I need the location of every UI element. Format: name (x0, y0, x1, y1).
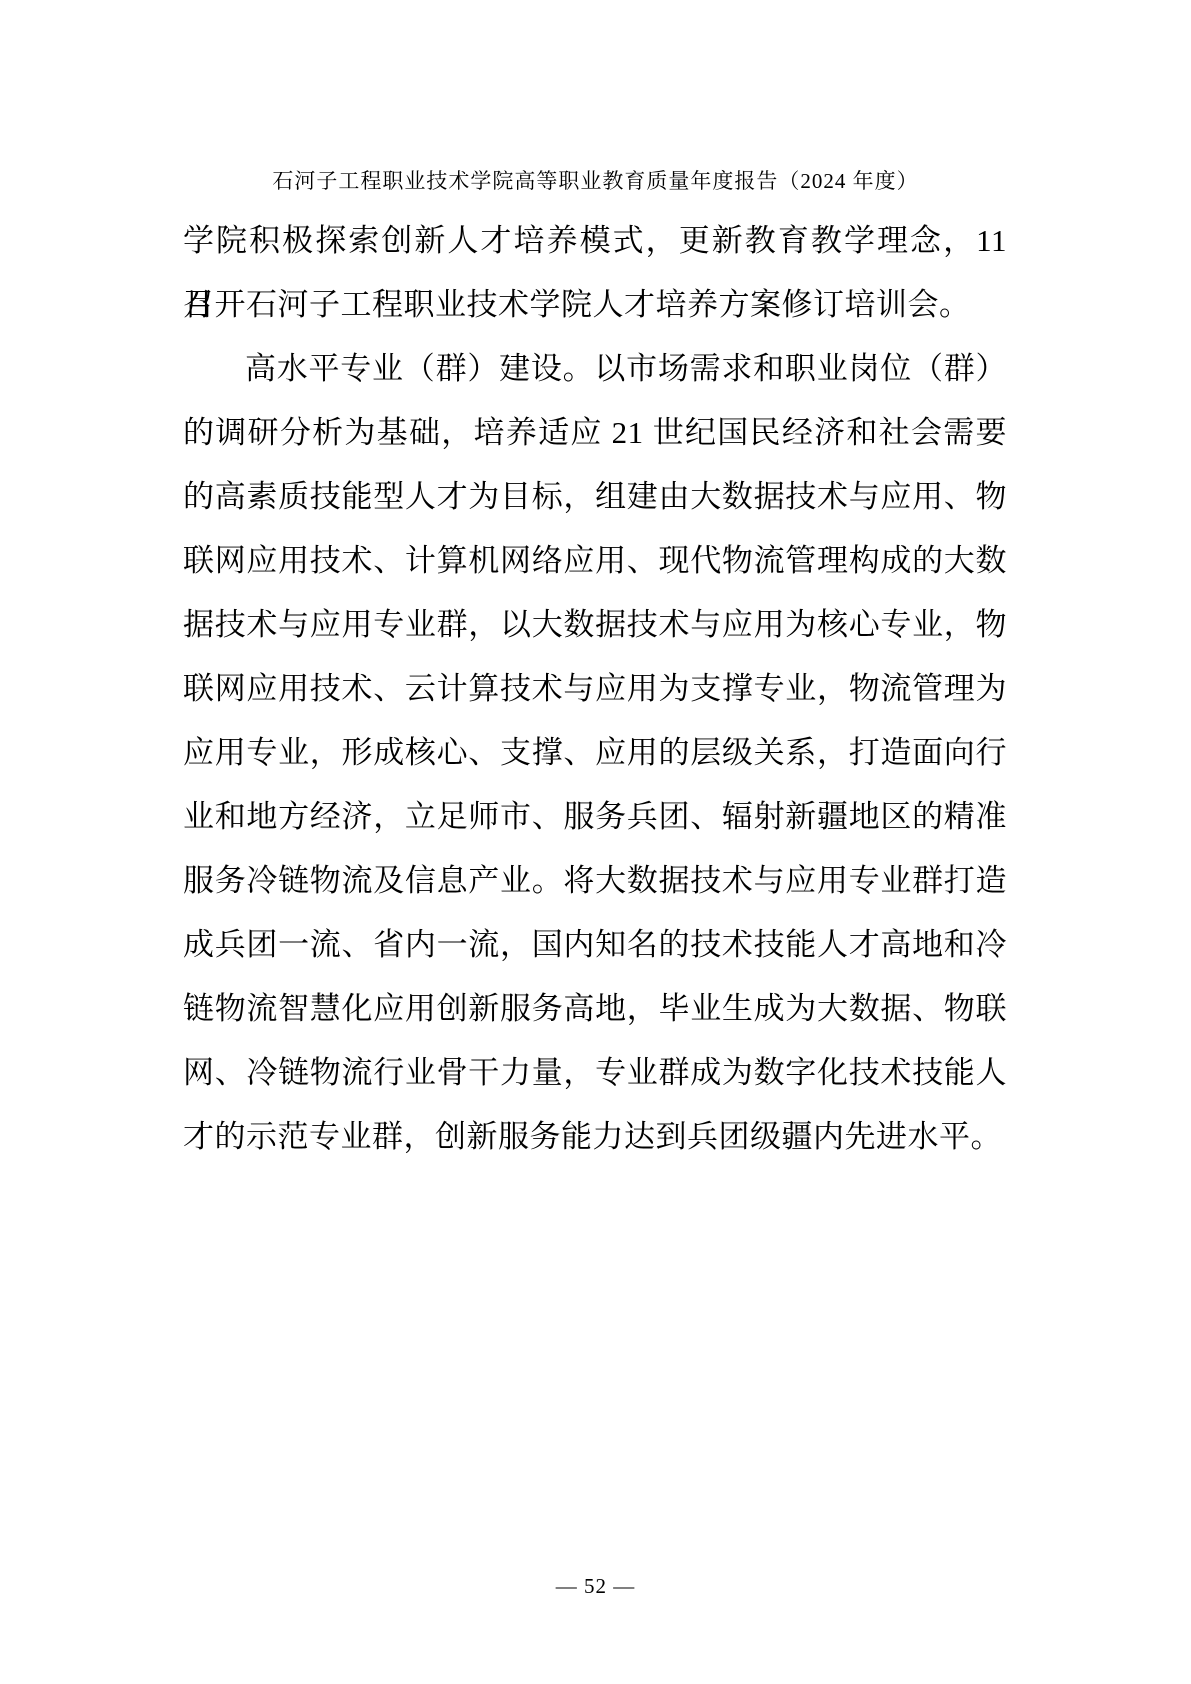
body-line: 联网应用技术、云计算技术与应用为支撑专业，物流管理为 (183, 657, 1007, 721)
body-line: 链物流智慧化应用创新服务高地，毕业生成为大数据、物联 (183, 977, 1007, 1041)
body-line: 据技术与应用专业群，以大数据技术与应用为核心专业，物 (183, 593, 1007, 657)
body-line: 成兵团一流、省内一流，国内知名的技术技能人才高地和冷 (183, 913, 1007, 977)
body-line: 学院积极探索创新人才培养模式，更新教育教学理念，11 月 (183, 209, 1007, 273)
body-line: 召开石河子工程职业技术学院人才培养方案修订培训会。 (183, 273, 1007, 337)
paragraph-1: 学院积极探索创新人才培养模式，更新教育教学理念，11 月 召开石河子工程职业技术… (183, 209, 1007, 337)
paragraph-2: 高水平专业（群）建设。以市场需求和职业岗位（群） 的调研分析为基础，培养适应 2… (183, 337, 1007, 1169)
page-number: — 52 — (0, 1574, 1191, 1599)
document-body: 学院积极探索创新人才培养模式，更新教育教学理念，11 月 召开石河子工程职业技术… (183, 209, 1007, 1169)
body-line: 的调研分析为基础，培养适应 21 世纪国民经济和社会需要 (183, 401, 1007, 465)
body-line: 的高素质技能型人才为目标，组建由大数据技术与应用、物 (183, 465, 1007, 529)
body-line: 应用专业，形成核心、支撑、应用的层级关系，打造面向行 (183, 721, 1007, 785)
body-line: 才的示范专业群，创新服务能力达到兵团级疆内先进水平。 (183, 1105, 1007, 1169)
document-page: 石河子工程职业技术学院高等职业教育质量年度报告（2024 年度） 学院积极探索创… (0, 0, 1191, 1684)
body-line: 服务冷链物流及信息产业。将大数据技术与应用专业群打造 (183, 849, 1007, 913)
body-line: 网、冷链物流行业骨干力量，专业群成为数字化技术技能人 (183, 1041, 1007, 1105)
body-line: 业和地方经济，立足师市、服务兵团、辐射新疆地区的精准 (183, 785, 1007, 849)
body-line: 高水平专业（群）建设。以市场需求和职业岗位（群） (183, 337, 1007, 401)
body-line: 联网应用技术、计算机网络应用、现代物流管理构成的大数 (183, 529, 1007, 593)
page-header-title: 石河子工程职业技术学院高等职业教育质量年度报告（2024 年度） (0, 165, 1191, 195)
